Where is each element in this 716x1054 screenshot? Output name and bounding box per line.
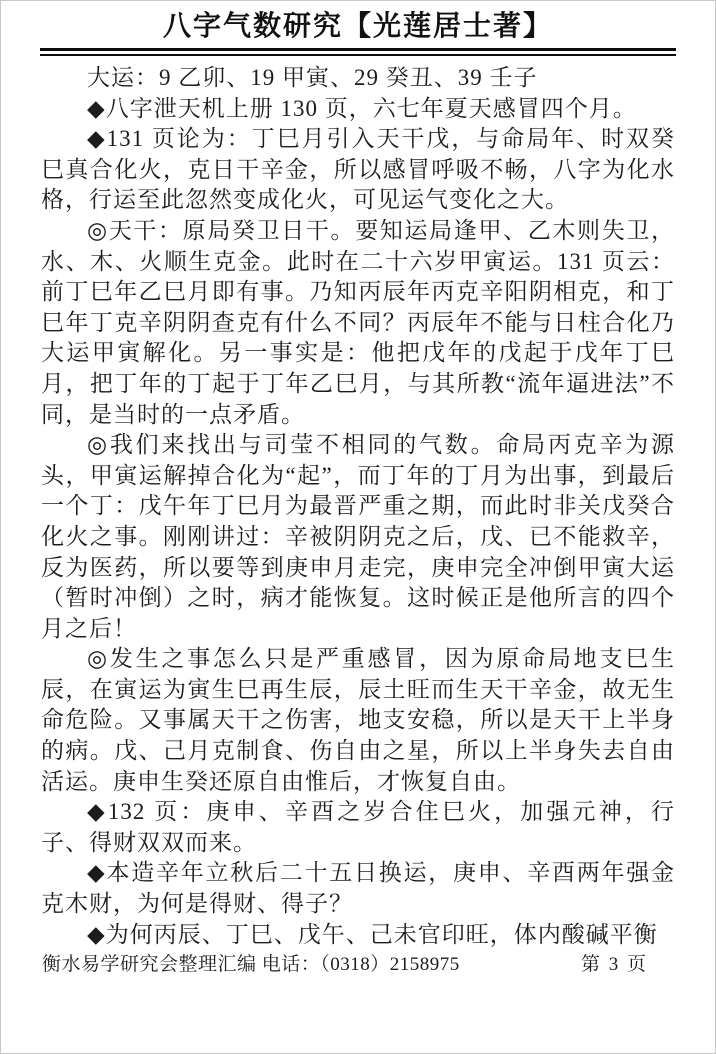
paragraph: ◎我们来找出与司莹不相同的气数。命局丙克辛为源头，甲寅运解掉合化为“起”，而丁年… <box>41 430 675 644</box>
paragraph: ◆131 页论为：丁巳月引入天干戊，与命局年、时双癸巳真合化火，克日干辛金，所以… <box>41 124 675 216</box>
header-divider <box>40 48 676 56</box>
page-title: 八字气数研究【光莲居士著】 <box>1 10 715 44</box>
page-footer: 衡水易学研究会整理汇编 电话：（0318）2158975 第 3 页 <box>42 952 676 978</box>
page-header: 八字气数研究【光莲居士著】 <box>1 1 715 56</box>
paragraph: ◆八字泄天机上册 130 页，六七年夏天感冒四个月。 <box>41 94 675 125</box>
paragraph: ◆为何丙辰、丁巳、戊午、己未官印旺，体内酸碱平衡 <box>41 920 675 951</box>
header-divider-thick-line <box>40 48 676 51</box>
document-body: 大运：9 乙卯、19 甲寅、29 癸丑、39 壬子 ◆八字泄天机上册 130 页… <box>41 63 675 950</box>
paragraph: ◆本造辛年立秋后二十五日换运，庚申、辛酉两年强金克木财，为何是得财、得子？ <box>41 858 675 919</box>
paragraph: ◎天干：原局癸卫日干。要知运局逢甲、乙木则失卫，水、木、火顺生克金。此时在二十六… <box>41 216 675 430</box>
header-divider-thin-line <box>40 54 676 56</box>
footer-page-number: 第 3 页 <box>581 952 676 978</box>
document-page: 八字气数研究【光莲居士著】 大运：9 乙卯、19 甲寅、29 癸丑、39 壬子 … <box>0 0 716 1054</box>
paragraph-dayun: 大运：9 乙卯、19 甲寅、29 癸丑、39 壬子 <box>41 63 675 94</box>
paragraph: ◎发生之事怎么只是严重感冒，因为原命局地支巳生辰，在寅运为寅生巳再生辰，辰土旺而… <box>41 644 675 797</box>
footer-publisher-phone: 衡水易学研究会整理汇编 电话：（0318）2158975 <box>42 952 460 978</box>
paragraph: ◆132 页：庚申、辛酉之岁合住巳火，加强元神，行子、得财双双而来。 <box>41 797 675 858</box>
